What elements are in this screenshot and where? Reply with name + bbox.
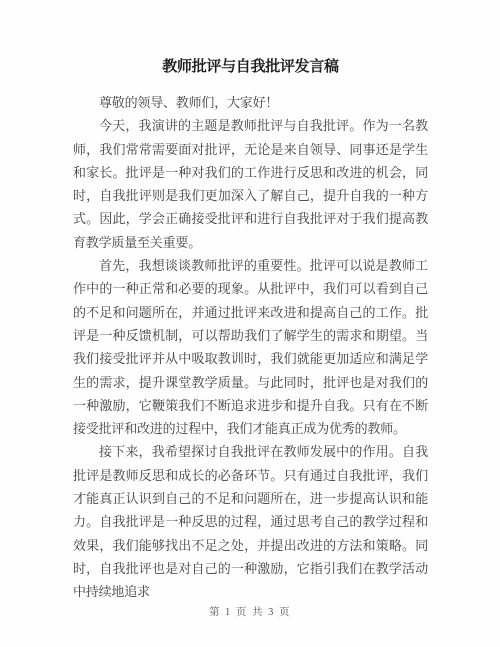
paragraph-intro: 今天，我演讲的主题是教师批评与自我批评。作为一名教师，我们常常需要面对批评，无论…	[73, 114, 428, 254]
page-footer: 第 1 页 共 3 页	[0, 604, 500, 619]
document-page: 教师批评与自我批评发言稿 尊敬的领导、教师们，大家好！ 今天，我演讲的主题是教师…	[0, 0, 500, 647]
greeting-line: 尊敬的领导、教师们，大家好！	[73, 91, 428, 114]
document-title: 教师批评与自我批评发言稿	[73, 56, 428, 79]
paragraph-importance-of-criticism: 首先，我想谈谈教师批评的重要性。批评可以说是教师工作中的一种正常和必要的现象。从…	[73, 254, 428, 440]
paragraph-self-criticism-role: 接下来，我希望探讨自我批评在教师发展中的作用。自我批评是教师反思和成长的必备环节…	[73, 440, 428, 603]
page-number-indicator: 第 1 页 共 3 页	[209, 607, 291, 618]
